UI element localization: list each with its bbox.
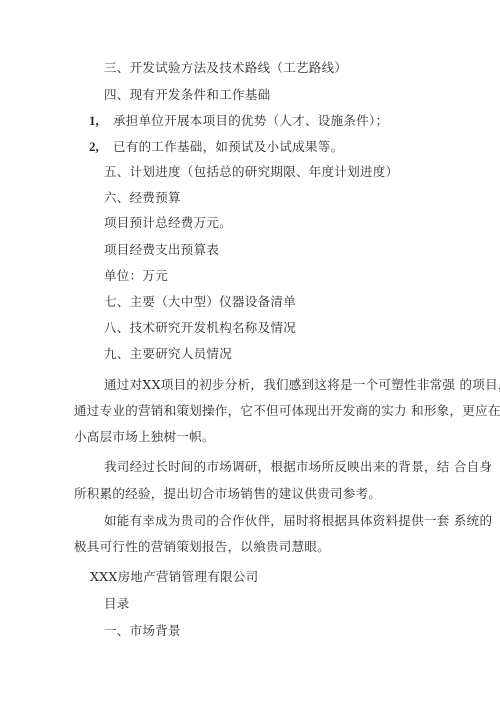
paragraph-line: 小高层市场上独树一帜。 xyxy=(74,429,215,445)
paragraph-line: 通过对XX项目的初步分析，我们感到这将是一个可塑性非常强 的项目， xyxy=(104,377,500,393)
budget-table-title: 项目经费支出预算表 xyxy=(104,242,219,258)
heading-development-method: 三、开发试验方法及技术路线（工艺路线） xyxy=(104,60,347,76)
toc-title: 目录 xyxy=(104,596,130,612)
heading-equipment: 七、主要（大中型）仪器设备清单 xyxy=(104,294,296,310)
paragraph-line: 我司经过长时间的市场调研，根据市场所反映出来的背景，结 合自身 xyxy=(104,459,492,475)
paragraph-line: 如能有幸成为贵司的合作伙伴，届时将根据具体资料提供一套 系统的 xyxy=(104,513,492,529)
budget-total: 项目预计总经费万元。 xyxy=(104,215,232,231)
heading-schedule: 五、计划进度（包括总的研究期限、年度计划进度） xyxy=(104,164,398,180)
heading-rd-institution: 八、技术研究开发机构名称及情况 xyxy=(104,320,296,336)
budget-unit: 单位：万元 xyxy=(104,268,168,284)
list-item: 已有的工作基础，如预试及小试成果等。 xyxy=(113,139,343,155)
paragraph-line: 极具可行性的营销策划报告，以飨贵司慧眼。 xyxy=(74,539,330,555)
heading-personnel: 九、主要研究人员情况 xyxy=(104,346,232,362)
list-number: 2, xyxy=(89,139,99,155)
toc-item: 一、市场背景 xyxy=(104,623,181,639)
list-item: 承担单位开展本项目的优势（人才、设施条件）； xyxy=(113,113,388,129)
paragraph-line: 所积累的经验，提出切合市场销售的建议供贵司参考。 xyxy=(74,486,381,502)
heading-budget: 六、经费预算 xyxy=(104,190,181,206)
company-name: XXX房地产营销管理有限公司 xyxy=(90,569,258,585)
heading-existing-conditions: 四、现有开发条件和工作基础 xyxy=(104,87,270,103)
paragraph-line: 通过专业的营销和策划操作，它不但可体现出开发商的实力 和形象，更应在 xyxy=(74,403,500,419)
list-number: 1, xyxy=(89,113,99,129)
